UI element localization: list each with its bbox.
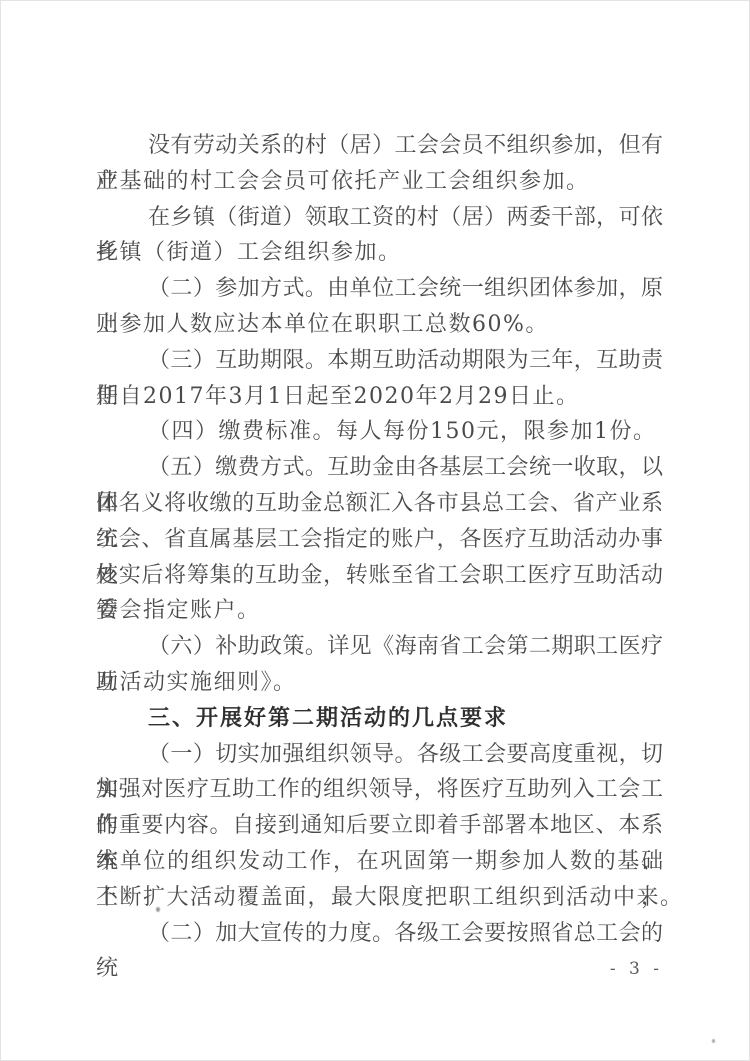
text-line: 核实后将筹集的互助金，转账至省工会职工医疗互助活动管 <box>96 558 663 594</box>
text-line: 体名义将收缴的互助金总额汇入各市县总工会、省产业系统 <box>96 486 663 522</box>
text-line: 加强对医疗互助工作的组织领导，将医疗互助列入工会工作 <box>96 772 663 808</box>
text-line: （二）参加方式。由单位工会统一组织团体参加，原则 <box>96 271 663 307</box>
text-line: 没有劳动关系的村（居）工会会员不组织参加，但有产 <box>96 128 663 164</box>
text-line: 助活动实施细则》。 <box>96 665 663 701</box>
text-line: （六）补助政策。详见《海南省工会第二期职工医疗互 <box>96 629 663 665</box>
text-line: 业基础的村工会会员可依托产业工会组织参加。 <box>96 164 663 200</box>
scan-speck <box>712 1039 715 1043</box>
text-line: 的重要内容。自接到通知后要立即着手部署本地区、本系统、 <box>96 808 663 844</box>
text-line: （五）缴费方式。互助金由各基层工会统一收取，以团 <box>96 450 663 486</box>
text-line: 本单位的组织发动工作，在巩固第一期参加人数的基础上， <box>96 844 663 880</box>
text-line: 期自2017年3月1日起至2020年2月29日止。 <box>96 379 663 415</box>
section-heading: 三、开展好第二期活动的几点要求 <box>96 701 663 737</box>
text-line: （四）缴费标准。每人每份150元，限参加1份。 <box>96 414 663 450</box>
document-lines: 没有劳动关系的村（居）工会会员不组织参加，但有产业基础的村工会会员可依托产业工会… <box>96 128 663 951</box>
text-line: 不断扩大活动覆盖面，最大限度把职工组织到活动中来。 <box>96 880 663 916</box>
text-line: （二）加大宣传的力度。各级工会要按照省总工会的统 <box>96 916 663 952</box>
text-line: 委会指定账户。 <box>96 593 663 629</box>
scan-speck <box>156 907 160 912</box>
text-line: 在乡镇（街道）领取工资的村（居）两委干部，可依托 <box>96 200 663 236</box>
text-line: 工会、省直属基层工会指定的账户，各医疗互助活动办事处 <box>96 522 663 558</box>
text-line: （一）切实加强组织领导。各级工会要高度重视，切实 <box>96 737 663 773</box>
text-line: （三）互助期限。本期互助活动期限为三年，互助责任 <box>96 343 663 379</box>
scanned-document-page: 没有劳动关系的村（居）工会会员不组织参加，但有产业基础的村工会会员可依托产业工会… <box>0 0 750 1061</box>
page-number: - 3 - <box>610 959 663 979</box>
text-line: 乡镇（街道）工会组织参加。 <box>96 235 663 271</box>
text-line: 上参加人数应达本单位在职职工总数60%。 <box>96 307 663 343</box>
